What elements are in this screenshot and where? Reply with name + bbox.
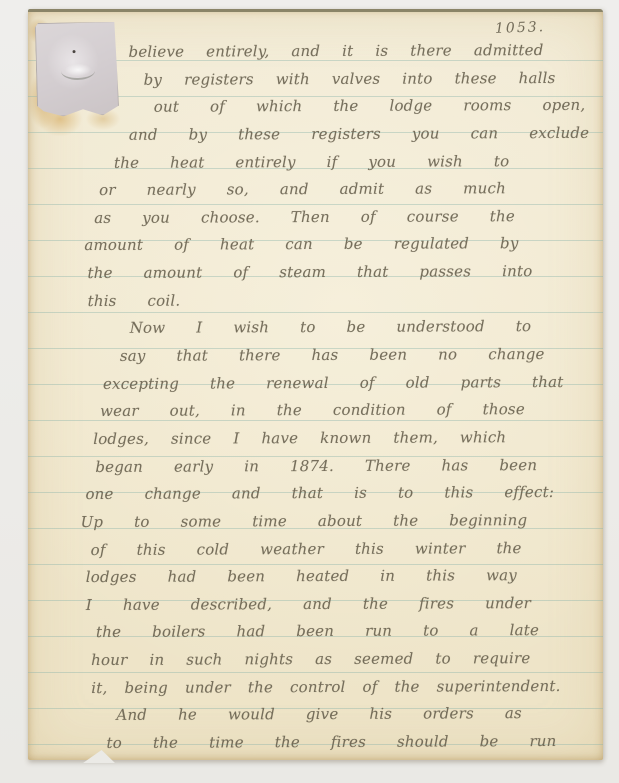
- handwriting-line: the heat entirely if you wish to: [114, 147, 602, 177]
- handwriting-line: of this cold weather this winter the: [91, 534, 604, 564]
- handwriting-line: the boilers had been run to a late: [96, 617, 604, 647]
- handwriting-line: believe entirely, and it is there admitt…: [128, 37, 601, 67]
- handwriting-line: it, being under the control of the super…: [91, 672, 604, 702]
- handwriting-line: out of which the lodge rooms open,: [154, 92, 602, 122]
- handwriting-line: excepting the renewal of old parts that: [103, 368, 603, 398]
- handwriting-line: by registers with valves into these hall…: [144, 64, 602, 94]
- handwriting-line: this coil.: [88, 286, 603, 316]
- handwriting-line: and by these registers you can exclude: [129, 120, 602, 150]
- handwriting-line: Now I wish to be understood to: [130, 313, 603, 343]
- handwriting-line: hour in such nights as seemed to require: [91, 645, 604, 675]
- handwriting-line: lodges had been heated in this way: [86, 562, 604, 592]
- handwriting-line: one change and that is to this effect:: [85, 479, 603, 509]
- manuscript-page: 1053. believe entirely, and it is there …: [28, 9, 603, 760]
- handwriting-line: wear out, in the condition of those: [100, 396, 603, 426]
- handwriting-line: began early in 1874. There has been: [95, 451, 603, 481]
- handwriting-block: believe entirely, and it is there admitt…: [26, 37, 604, 758]
- handwriting-line: lodges, since I have known them, which: [93, 424, 603, 454]
- handwriting-line: the amount of steam that passes into: [87, 258, 602, 288]
- handwriting-line: or nearly so, and admit as much: [99, 175, 602, 205]
- handwriting-line: amount of heat can be regulated by: [84, 230, 602, 260]
- handwriting-line: I have described, and the fires under: [86, 590, 604, 620]
- handwriting-line: And he would give his orders as: [116, 700, 604, 730]
- handwriting-line: to the time the fires should be run: [106, 728, 604, 758]
- handwriting-line: as you choose. Then of course the: [94, 203, 602, 233]
- scanned-document-view: 1053. believe entirely, and it is there …: [0, 0, 619, 783]
- page-number: 1053.: [495, 19, 546, 37]
- handwriting-line: Up to some time about the beginning: [80, 507, 603, 537]
- handwriting-line: say that there has been no change: [120, 341, 603, 371]
